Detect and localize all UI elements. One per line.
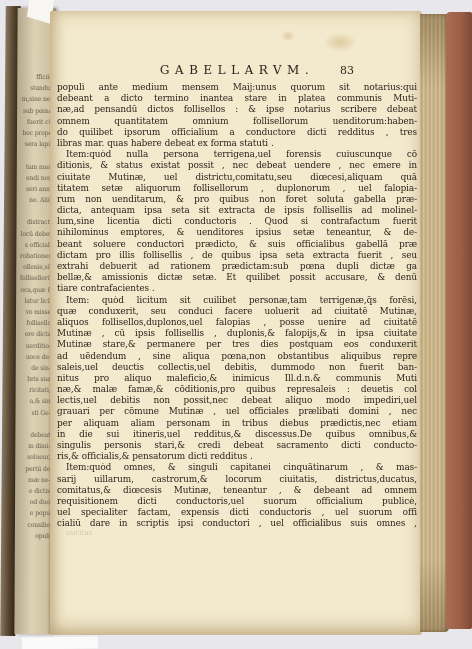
text-line: singulis personis stari,& credi debeat s… bbox=[57, 441, 417, 452]
fore-edge-icon bbox=[420, 14, 449, 632]
facing-page-fragment: hoc prope bbox=[19, 128, 52, 139]
facing-page-fragment: vo misse bbox=[18, 307, 51, 318]
facing-page-fragment: locū debet bbox=[18, 229, 51, 240]
facing-page-fragment: od duo bbox=[17, 497, 50, 508]
text-line: sarij uillarum, castrorum,& locorum ciui… bbox=[57, 475, 417, 486]
facing-page-fragment: a,& sin bbox=[18, 396, 51, 407]
facing-page-fragment: uerditio- bbox=[18, 340, 51, 351]
text-line: dictam pro illis follisellis , de quibus… bbox=[57, 251, 417, 262]
text-line: Item:quòd omnes, & singuli capitanei cin… bbox=[57, 463, 417, 474]
facing-page-fragment: oca,quæ n̄ bbox=[18, 284, 51, 295]
text-line: Item: quòd licitum sit cuilibet personæ,… bbox=[57, 296, 417, 307]
text-line: cialiū dare in scriptis ipsi conductori … bbox=[57, 519, 417, 530]
facing-page-fragment: solueur, bbox=[17, 452, 50, 463]
book-cover-edge bbox=[446, 12, 472, 629]
facing-page-fragment bbox=[19, 150, 52, 161]
text-line: Mutinæ stare,& permanere per tres dies p… bbox=[57, 340, 417, 351]
text-line: Mutinæ , cū ipsis follisellis , duplonis… bbox=[57, 329, 417, 340]
book-photo: fficiisstandu-m,sine ne-sub pœnafuerit c… bbox=[0, 0, 472, 649]
facing-page-fragments: fficiisstandu-m,sine ne-sub pœnafuerit c… bbox=[17, 72, 52, 542]
text-line: omnem quantitatem omnium follisellorum u… bbox=[57, 117, 417, 128]
text-line: næ,ad pensandū dictos follisellos : & ip… bbox=[57, 105, 417, 116]
text-line: Item:quòd nulla persona terrigena,uel fo… bbox=[57, 150, 417, 161]
text-line: ciuitate Mutinæ, uel districtu,comitatu,… bbox=[57, 173, 417, 184]
facing-page-fragment: distracti bbox=[18, 217, 51, 228]
facing-page-fragment: opuli bbox=[17, 531, 50, 542]
ink-show-through: ssicitas bbox=[66, 529, 92, 537]
text-line: rum non uenditarum, & pro quibus non for… bbox=[57, 195, 417, 206]
facing-page-fragment: e dictis bbox=[17, 486, 50, 497]
facing-page-fragment: de sin- bbox=[18, 363, 51, 374]
facing-page-fragment: bris sua bbox=[18, 374, 51, 385]
text-line: requisitionem dicti conductoris,uel suor… bbox=[57, 497, 417, 508]
text-line: extrahi debuerit ad rationem prædictam:s… bbox=[57, 262, 417, 273]
facing-page-fragment bbox=[17, 419, 50, 430]
facing-page-fragment: fficiis bbox=[19, 72, 52, 83]
text-line: nihilominus emptores, & uenditores ipsiu… bbox=[57, 228, 417, 239]
facing-page-fragment: m,sine ne- bbox=[19, 94, 52, 105]
text-line: grauari per cōmune Mutinæ , uel official… bbox=[57, 407, 417, 418]
text-line: lectis,uel debitis non possit,nec debeat… bbox=[57, 396, 417, 407]
facing-page-fragment: pertii de bbox=[17, 463, 50, 474]
facing-page-fragment: ore dicta bbox=[18, 329, 51, 340]
text-line: quæ conduxerit, seu conduci facere uolue… bbox=[57, 307, 417, 318]
facing-page-fragment: ricitati, bbox=[18, 385, 51, 396]
facing-page-fragment: standu- bbox=[19, 83, 52, 94]
running-title: GABELLARVM. bbox=[57, 63, 417, 77]
text-line: in die sui itineris,uel redditus,& disce… bbox=[57, 430, 417, 441]
facing-page-fragment: sti Ge- bbox=[17, 408, 50, 419]
text-line: ad uēdendum , sine aliqua pœna,non obsta… bbox=[57, 352, 417, 363]
facing-page-fragment: robationes bbox=[18, 251, 51, 262]
page-number: 83 bbox=[340, 64, 354, 77]
text-line: uel specialiter factam, expensis dicti c… bbox=[57, 508, 417, 519]
text-block: populi ante medium mensem Maij:unus quor… bbox=[57, 83, 417, 531]
text-line: ris,& officialis,& pensatorum dicti redd… bbox=[57, 452, 417, 463]
text-line: titatem setæ aliquorum follisellorum , d… bbox=[57, 184, 417, 195]
facing-page-fragment: fuerit cū bbox=[19, 117, 52, 128]
text-line: tiare contrafacientes . bbox=[57, 284, 417, 295]
facing-page-fragment bbox=[19, 206, 52, 217]
facing-page-fragment: sera lapi- bbox=[19, 139, 52, 150]
text-line: debeant a dicto termino inantea stare in… bbox=[57, 94, 417, 105]
text-line: saleis,uel deuctis collectis,uel debitis… bbox=[57, 363, 417, 374]
facing-page-fragment: follisello bbox=[18, 318, 51, 329]
text-line: dicta, antequam ipsa seta sit extracta d… bbox=[57, 206, 417, 217]
book-page: GABELLARVM. 83 populi ante medium mensem… bbox=[50, 11, 422, 635]
text-line: libras mar. quas habere debeat ex forma … bbox=[57, 139, 417, 150]
text-line: comitatus,& diœcesis Mutinæ, teneantur ,… bbox=[57, 486, 417, 497]
facing-page-fragment: ne. Aliq̄ bbox=[19, 195, 52, 206]
paper-slip bbox=[22, 636, 98, 649]
facing-page-fragment: e popu bbox=[17, 508, 50, 519]
text-line: næ,& malæ famæ,& cōditionis,pro quibus r… bbox=[57, 385, 417, 396]
text-line: ditionis, & status existat possit , nec … bbox=[57, 161, 417, 172]
text-line: nitus pro aliquo maleficio,& inimicus Il… bbox=[57, 374, 417, 385]
facing-page-fragment: m dimi- bbox=[17, 441, 50, 452]
text-line: bellæ,& amissionis dictæ setæ. Et quilib… bbox=[57, 273, 417, 284]
facing-page-fragment: seri anni bbox=[19, 184, 52, 195]
facing-page-fragment: endi non bbox=[19, 173, 52, 184]
text-line: per aliquam aliam personam in tribus die… bbox=[57, 419, 417, 430]
text-line: lum,sine licentia dicti conductoris . Qu… bbox=[57, 217, 417, 228]
facing-page-fragment: tam nuoi bbox=[19, 161, 52, 172]
text-line: do quilibet ipsorum officialium a conduc… bbox=[57, 128, 417, 139]
facing-page-fragment: follisellorū bbox=[18, 273, 51, 284]
text-line: aliquos follisellos,duplonos,uel falopia… bbox=[57, 318, 417, 329]
facing-page-fragment: ollenie,sū bbox=[18, 262, 51, 273]
facing-page-fragment: uoce de- bbox=[18, 352, 51, 363]
facing-page-fragment: s officiali bbox=[18, 240, 51, 251]
facing-page-fragment: latur licū bbox=[18, 296, 51, 307]
text-line: populi ante medium mensem Maij:unus quor… bbox=[57, 83, 417, 94]
facing-page-fragment: debeat bbox=[17, 430, 50, 441]
text-line: beant soluere conductori prædicto, & sui… bbox=[57, 240, 417, 251]
running-header: GABELLARVM. 83 bbox=[57, 63, 417, 79]
facing-page-fragment: mæ ne- bbox=[17, 475, 50, 486]
facing-page-fragment: sub pœna bbox=[19, 105, 52, 116]
facing-page-fragment: consilio bbox=[17, 519, 50, 530]
